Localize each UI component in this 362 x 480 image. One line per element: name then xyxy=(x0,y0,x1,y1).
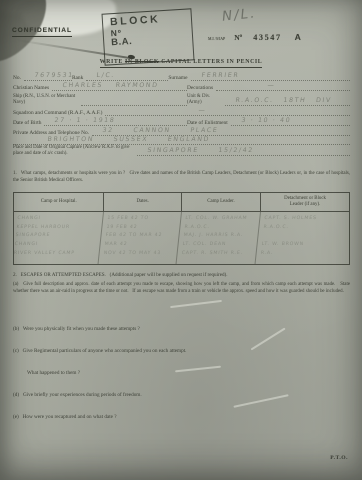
field-value-capture: SINGAPORE 15/2/42 xyxy=(147,147,254,154)
field-line-unit: R.A.O.C. 18TH DIV xyxy=(225,90,350,106)
serial-no-symbol: Nº xyxy=(234,33,242,42)
form-body: No. 7679531 Rank L/C. Surname FERRIER Ch… xyxy=(13,71,350,420)
question-b: (b) Were you physically fit when you mad… xyxy=(13,326,350,332)
table-header-block-leader: Detachment or Block Leader (if any). xyxy=(260,193,349,212)
question-c: (c) Give Regimental particulars of anyon… xyxy=(13,348,350,354)
field-value-christian-names: CHARLES RAYMOND xyxy=(62,82,159,89)
instruction-struck: IN BLOCK xyxy=(125,59,159,65)
field-label-dob: Date of Birth xyxy=(13,120,44,126)
pto-label: P.T.O. xyxy=(330,455,348,461)
row-capture: Place and Date of Original Capture (Airc… xyxy=(13,145,350,167)
instruction-pre: WRITE xyxy=(100,59,125,65)
question-d: (d) Give briefly your experiences during… xyxy=(13,392,350,398)
camps-table-body: CHANGI KEPPEL HARBOUR SINGAPORE CHANGI R… xyxy=(14,212,349,264)
row-ship-unit: Ship (R.N., U.S.N. or Merchant Navy) Uni… xyxy=(13,91,350,106)
block-number-stamp: BLOCK Nº B.A. xyxy=(101,8,194,65)
table-header-camp: Camp or Hospital. xyxy=(14,193,103,212)
table-cell-block-entries: CAPT. S. HOLMES R.A.O.C. LT. W. BROWN R.… xyxy=(255,212,349,264)
camps-table-header: Camp or Hospital. Dates. Camp Leader. De… xyxy=(14,193,349,212)
pair-ship: Ship (R.N., U.S.N. or Merchant Navy) xyxy=(13,91,187,106)
row-address-continued: BRIGHTON SUSSEX ENGLAND xyxy=(13,136,350,145)
field-value-unit: R.A.O.C. 18TH DIV xyxy=(235,97,332,104)
field-value-enlistment: 3 · 10 · 40 xyxy=(241,117,292,124)
field-value-decorations: — xyxy=(267,82,276,89)
field-line-address-2: BRIGHTON SUSSEX ENGLAND xyxy=(13,135,350,145)
instruction-post: CAPITAL LETTERS IN PENCIL xyxy=(159,59,262,65)
question-c2: What happened to them ? xyxy=(27,370,350,376)
field-label-capture: Place and Date of Original Capture (Airc… xyxy=(13,145,137,157)
capture-line-column: SINGAPORE 15/2/42 xyxy=(137,145,350,156)
field-value-no: 7679531 xyxy=(34,72,74,79)
table-cell-dates-entries: 15 FEB 42 TO 19 FEB 42 FEB 42 TO MAR 42 … xyxy=(98,212,181,264)
field-value-address-1: 32 CANNON PLACE xyxy=(102,127,219,134)
field-value-surname: FERRIER xyxy=(201,72,240,79)
serial-suffix: A xyxy=(295,32,301,42)
serial-number: 43547 xyxy=(253,33,281,42)
table-cell-leader-entries: LT. COL. W. GRAHAM R.A.O.C. MAJ. J. HARR… xyxy=(175,212,260,264)
field-line-capture: SINGAPORE 15/2/42 xyxy=(137,145,350,156)
form-paper: CONFIDENTIAL BLOCK Nº B.A. N/L. M.I. 9/J… xyxy=(0,0,362,480)
section2-heading: 2. ESCAPES OR ATTEMPTED ESCAPES. (Additi… xyxy=(13,272,350,278)
camps-table: Camp or Hospital. Dates. Camp Leader. De… xyxy=(13,192,350,265)
table-header-dates: Dates. xyxy=(103,193,180,212)
form-reference-row: M.I. 9/JAP Nº 43547 A xyxy=(208,32,301,42)
stamp-line-ba: B.A. xyxy=(111,34,186,49)
table-header-leader: Camp Leader. xyxy=(181,193,260,212)
field-value-rank: L/C. xyxy=(96,72,115,79)
confidential-label: CONFIDENTIAL xyxy=(12,27,72,37)
instruction-underline: WRITE IN BLOCK CAPITAL LETTERS IN PENCIL xyxy=(100,59,263,68)
instruction-heading: WRITE IN BLOCK CAPITAL LETTERS IN PENCIL xyxy=(0,59,362,65)
pencil-annotation: N/L. xyxy=(221,5,257,25)
form-ref-label: M.I. 9/JAP xyxy=(208,37,225,41)
field-label-ship: Ship (R.N., U.S.N. or Merchant Navy) xyxy=(13,94,81,106)
field-value-address-2: BRIGHTON SUSSEX ENGLAND xyxy=(47,136,210,143)
question-a: (a) Give full description and approx. da… xyxy=(13,281,350,296)
pair-unit: Unit & Div. (Army) R.A.O.C. 18TH DIV xyxy=(187,91,350,106)
field-value-dob: 27 · 1 · 1918 xyxy=(54,117,116,124)
field-value-squadron: — xyxy=(198,107,207,114)
section1-intro: 1. What camps, detachments or hospitals … xyxy=(13,170,350,185)
table-cell-camp-entries: CHANGI KEPPEL HARBOUR SINGAPORE CHANGI R… xyxy=(9,212,104,264)
question-e: (e) How were you recaptured and on what … xyxy=(13,414,350,420)
document-photo: CONFIDENTIAL BLOCK Nº B.A. N/L. M.I. 9/J… xyxy=(0,0,362,480)
field-line-ship xyxy=(81,90,187,106)
